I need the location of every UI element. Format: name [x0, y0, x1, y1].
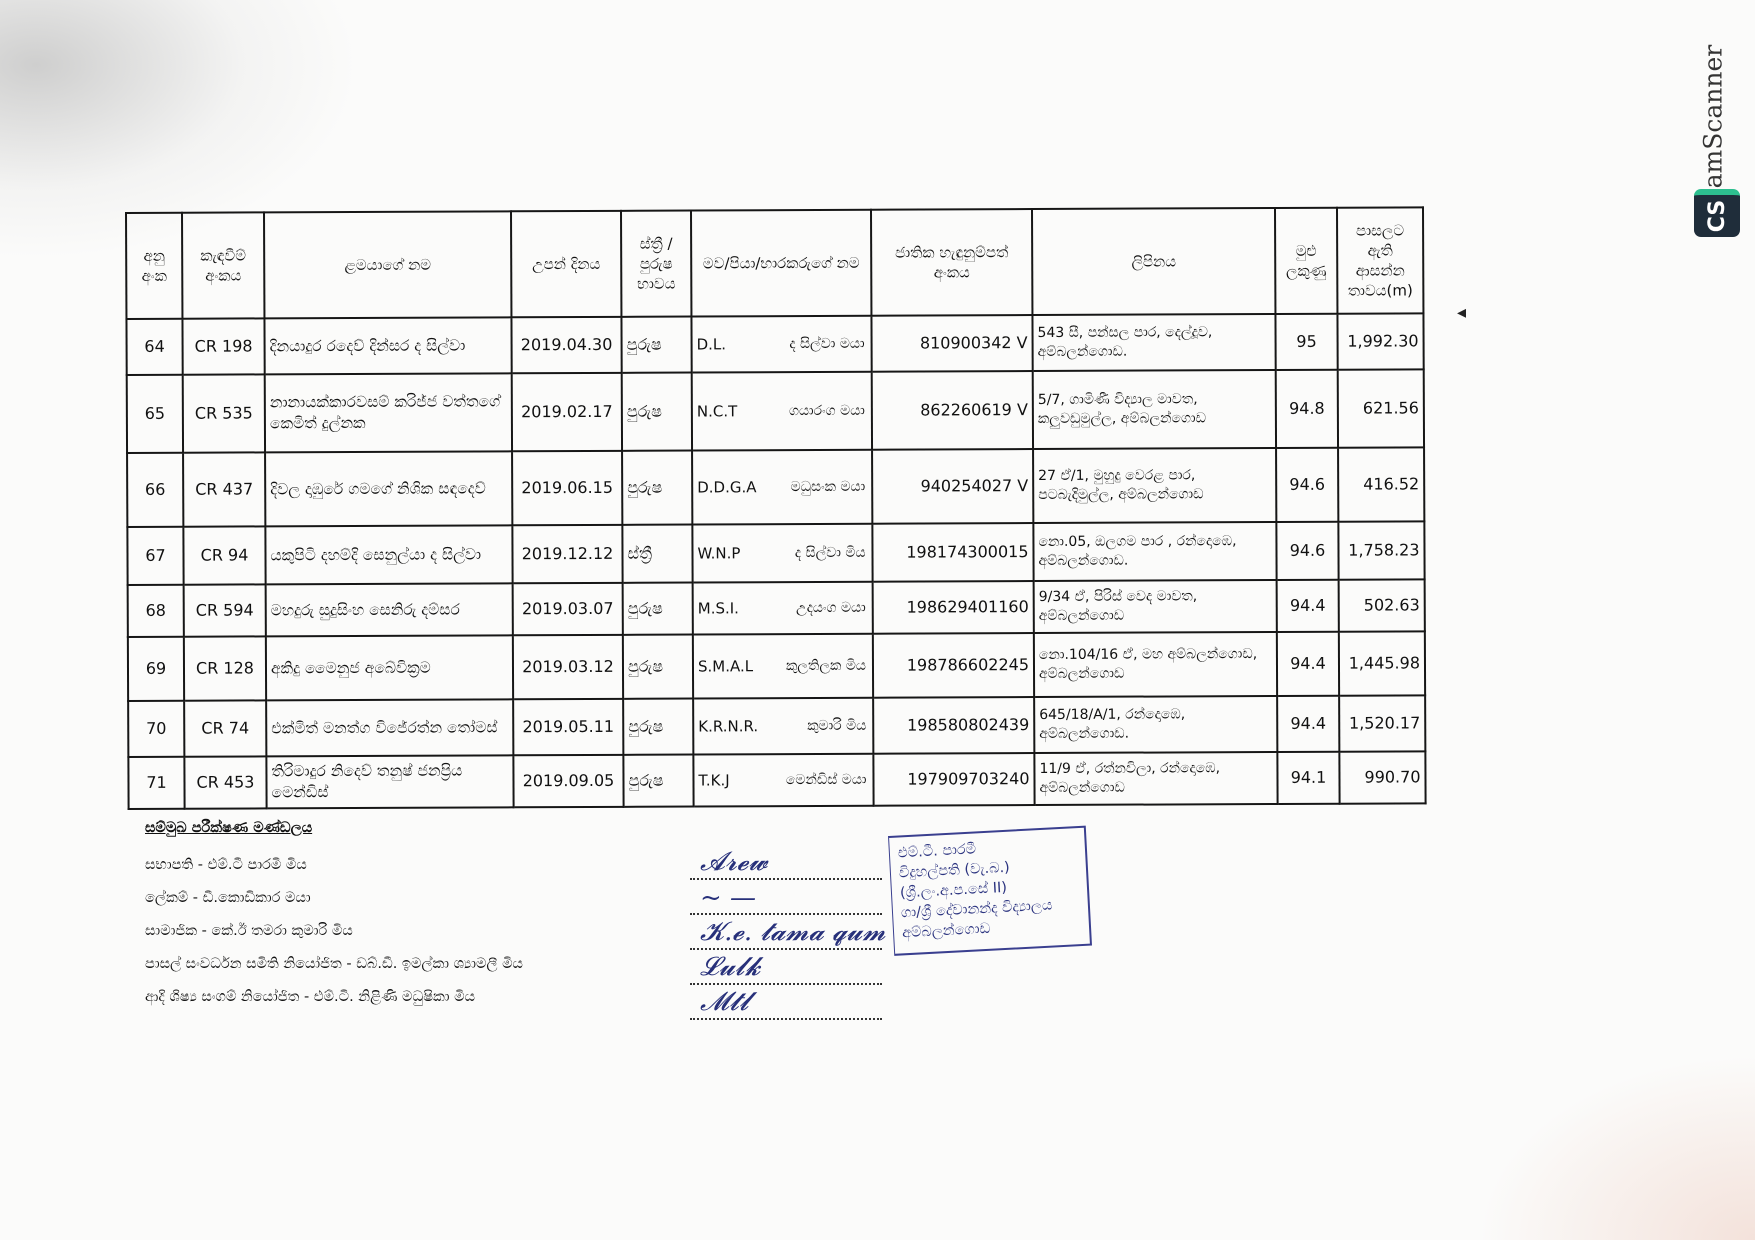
nic-cell: 198580802439: [873, 697, 1034, 754]
parent-cell: T.K.Jමෙන්ඩිස් මයා: [693, 754, 873, 807]
reference-cell: CR 594: [184, 584, 266, 636]
parent-cell: K.R.N.R.කුමාරි මිය: [693, 698, 873, 755]
table-row: 69CR 128අකිදු මෛනුජ අබේවික්‍රම2019.03.12…: [128, 631, 1425, 701]
marks-cell: 94.8: [1276, 370, 1338, 448]
signature-lines: 𝓐𝓻𝓮𝔀 ~ — 𝓚.𝓮. 𝓽𝓪𝓶𝓪 𝓺𝓾𝓶 𝓛𝓾𝓵𝓴 𝓜𝓽𝓵: [690, 845, 882, 1020]
serial-cell: 68: [128, 585, 184, 637]
serial-cell: 66: [127, 453, 183, 527]
col-header-serial: අනු අංක: [126, 213, 182, 319]
parent-surname: ද සිල්වා මයා: [761, 334, 867, 353]
reference-cell: CR 437: [183, 452, 265, 526]
parent-surname: උදයංග මයා: [762, 598, 868, 617]
child-name-cell: දිවල දාඹුරේ ගමගේ නිශික සඳදෙව්: [265, 451, 512, 526]
marks-cell: 94.1: [1277, 752, 1339, 804]
distance-cell: 502.63: [1339, 579, 1425, 631]
signature-line: 𝓐𝓻𝓮𝔀: [690, 845, 882, 880]
col-header-gender: ස්ත්‍රී / පුරුෂ භාවය: [621, 211, 691, 317]
marks-cell: 94.4: [1277, 696, 1339, 752]
address-cell: නො.104/16 ඒ, මහ අම්බලන්ගොඩ, අම්බලන්ගොඩ: [1034, 632, 1277, 697]
board-member: සාමාජික - කේ.ඊ තමරා කුමාරි මිය: [145, 915, 523, 948]
address-cell: 27 ඒ/1, මුහුදු වෙරළ පාර, පටබැදිමුල්ල, අම…: [1033, 448, 1276, 523]
parent-cell: D.L.ද සිල්වා මයා: [691, 316, 871, 373]
watermark-text: CamScanner: [1699, 58, 1728, 208]
serial-cell: 67: [127, 527, 183, 585]
address-cell: 645/18/A/1, රන්දොඹෙ, අම්බලන්ගොඩ.: [1034, 696, 1277, 753]
distance-cell: 621.56: [1338, 369, 1424, 447]
parent-initials: N.C.T: [697, 401, 761, 422]
child-name-cell: එක්මිත් මනත්ග විජේරත්න තෝමස්: [266, 699, 513, 756]
board-member: ආදි ශිෂ්‍ය සංගම් නියෝජිත - එම්.ටී. නිළිණ…: [145, 981, 523, 1014]
serial-cell: 69: [128, 637, 184, 701]
table-row: 70CR 74එක්මිත් මනත්ග විජේරත්න තෝමස්2019.…: [128, 695, 1425, 757]
parent-initials: M.S.I.: [698, 598, 762, 619]
nic-cell: 862260619 V: [872, 371, 1033, 450]
board-member: සභාපති - එම්.ටී පාරමී මිය: [145, 849, 523, 882]
address-cell: 5/7, ගාමිණී විද්‍යාල මාවත, කලුවඩුමුල්ල, …: [1033, 370, 1276, 449]
dob-cell: 2019.03.12: [513, 635, 623, 699]
parent-initials: S.M.A.L: [698, 656, 762, 677]
col-header-address: ලිපිනය: [1032, 208, 1275, 315]
parent-initials: D.L.: [697, 334, 761, 355]
nic-cell: 940254027 V: [872, 449, 1033, 524]
distance-cell: 1,992.30: [1337, 313, 1423, 369]
signature-line: 𝓛𝓾𝓵𝓴: [690, 950, 882, 985]
gender-cell: ස්ත්‍රී: [622, 525, 692, 583]
principal-stamp: එම්.ටී. පාරමී විදුහල්පති (වැ.බ.) (ශ්‍රී.…: [888, 826, 1092, 956]
child-name-cell: නානායක්කාරවසම් කරිජ්ජ වත්තගේ කෙමිත් දුල්…: [265, 373, 512, 452]
parent-surname: කුමාරි මිය: [762, 716, 868, 735]
signature-line: 𝓚.𝓮. 𝓽𝓪𝓶𝓪 𝓺𝓾𝓶: [690, 915, 882, 950]
table-row: 65CR 535නානායක්කාරවසම් කරිජ්ජ වත්තගේ කෙම…: [127, 369, 1424, 453]
distance-cell: 416.52: [1338, 447, 1424, 521]
gender-cell: පුරුෂ: [622, 451, 692, 525]
marks-cell: 95: [1275, 314, 1337, 370]
parent-cell: N.C.Tගයාරංග මයා: [692, 372, 872, 451]
distance-cell: 1,520.17: [1339, 695, 1425, 751]
nic-cell: 198786602245: [873, 633, 1034, 698]
interview-board: සම්මුඛ පරීක්ෂණ මණ්ඩලය සභාපති - එම්.ටී පා…: [145, 820, 523, 1014]
marks-cell: 94.6: [1276, 522, 1338, 580]
table-header-row: අනු අංක කැඳවීම් අංකය ළමයාගේ නම උපන් දිනය…: [126, 207, 1423, 319]
parent-surname: මධුසංක මයා: [761, 477, 867, 496]
child-name-cell: දිනයාදුර රදෙව් දින්සර ද සිල්වා: [264, 317, 511, 374]
dob-cell: 2019.02.17: [512, 373, 622, 451]
signature-line: ~ —: [690, 880, 882, 915]
dob-cell: 2019.12.12: [512, 525, 622, 583]
parent-cell: W.N.Pද සිල්වා මිය: [692, 524, 872, 583]
marks-cell: 94.6: [1276, 448, 1338, 522]
dob-cell: 2019.09.05: [513, 755, 623, 807]
gender-cell: පුරුෂ: [623, 699, 693, 755]
parent-cell: M.S.I.උදයංග මයා: [693, 582, 873, 635]
col-header-distance: පාසලට ඇති ආසන්න තාවය(m): [1337, 207, 1423, 313]
marks-cell: 94.4: [1277, 580, 1339, 632]
table-row: 66CR 437දිවල දාඹුරේ ගමගේ නිශික සඳදෙව්201…: [127, 447, 1424, 527]
parent-surname: ද සිල්වා මිය: [761, 543, 867, 562]
board-title: සම්මුඛ පරීක්ෂණ මණ්ඩලය: [145, 820, 523, 836]
handwritten-signature: ~ —: [700, 883, 756, 913]
board-member: ලේකම් - ඩී.කොඩිකාර මයා: [145, 882, 523, 915]
col-header-parent-name: මව/පියා/භාරකරුගේ නම: [691, 210, 871, 317]
handwritten-signature: 𝓚.𝓮. 𝓽𝓪𝓶𝓪 𝓺𝓾𝓶: [700, 917, 886, 948]
child-name-cell: අකිදු මෛනුජ අබේවික්‍රම: [266, 635, 513, 700]
distance-cell: 990.70: [1339, 751, 1425, 803]
table-row: 67CR 94යකුපිටි දහම්දි සෙනුල්යා ද සිල්වා2…: [127, 521, 1424, 585]
col-header-child-name: ළමයාගේ නම: [264, 211, 511, 318]
parent-surname: ගයාරංග මයා: [761, 401, 867, 420]
reference-cell: CR 453: [184, 756, 266, 808]
distance-cell: 1,758.23: [1338, 521, 1424, 579]
col-header-dob: උපන් දිනය: [511, 211, 621, 317]
address-cell: 9/34 ඒ, පිරිස් වෙද මාවත, අම්බලන්ගොඩ: [1034, 580, 1277, 633]
serial-cell: 70: [128, 701, 184, 757]
reference-cell: CR 128: [184, 636, 266, 700]
parent-surname: කුලතිලක මිය: [762, 656, 868, 675]
distance-cell: 1,445.98: [1339, 631, 1425, 695]
address-cell: නො.05, ඔලගම පාර , රන්දොඹෙ, අම්බලන්ගොඩ.: [1033, 522, 1276, 581]
serial-cell: 71: [128, 757, 184, 809]
parent-cell: D.D.G.Aමධුසංක මයා: [692, 450, 872, 525]
nic-cell: 197909703240: [873, 753, 1034, 806]
table-row: 68CR 594මහදුරු සුදුසිංහ සෙනිරු දම්සර2019…: [128, 579, 1425, 637]
gender-cell: පුරුෂ: [623, 635, 693, 699]
arrow-mark-icon: ◂: [1457, 302, 1466, 323]
signature-line: 𝓜𝓽𝓵: [690, 985, 882, 1020]
camscanner-watermark: CamScanner CS: [1690, 40, 1740, 240]
serial-cell: 64: [126, 319, 182, 375]
table-row: 71CR 453තිරිමාදුර නිදෙව් තනුෂ් ජනප්‍රිය …: [128, 751, 1425, 809]
admission-register-table: අනු අංක කැඳවීම් අංකය ළමයාගේ නම උපන් දිනය…: [125, 206, 1427, 810]
parent-initials: K.R.N.R.: [698, 716, 762, 737]
gender-cell: පුරුෂ: [622, 373, 692, 451]
serial-cell: 65: [127, 375, 183, 453]
handwritten-signature: 𝓜𝓽𝓵: [700, 987, 749, 1018]
gender-cell: පුරුෂ: [623, 755, 693, 807]
parent-surname: මෙන්ඩිස් මයා: [762, 770, 868, 789]
nic-cell: 198629401160: [873, 581, 1034, 634]
handwritten-signature: 𝓛𝓾𝓵𝓴: [700, 952, 760, 983]
dob-cell: 2019.06.15: [512, 451, 622, 525]
parent-initials: T.K.J: [698, 770, 762, 791]
table-row: 64CR 198දිනයාදුර රදෙව් දින්සර ද සිල්වා20…: [126, 313, 1423, 375]
child-name-cell: යකුපිටි දහම්දි සෙනුල්යා ද සිල්වා: [265, 525, 512, 584]
reference-cell: CR 74: [184, 700, 266, 756]
dob-cell: 2019.03.07: [513, 583, 623, 635]
address-cell: 543 සී, පන්සල පාර, දෙල්දූව, අම්බලන්ගොඩ.: [1032, 314, 1275, 371]
col-header-reference: කැඳවීම් අංකය: [182, 212, 264, 318]
col-header-marks: මුළු ලකුණු: [1275, 208, 1337, 314]
dob-cell: 2019.04.30: [511, 317, 621, 373]
nic-cell: 810900342 V: [871, 315, 1032, 372]
parent-initials: D.D.G.A: [697, 477, 761, 498]
parent-cell: S.M.A.Lකුලතිලක මිය: [693, 634, 873, 699]
gender-cell: පුරුෂ: [623, 583, 693, 635]
address-cell: 11/9 ඒ, රත්නවිලා, රන්දොඹෙ, අම්බලන්ගොඩ: [1034, 752, 1277, 805]
col-header-nic: ජාතික හැඳුනුම්පත් අංකය: [871, 209, 1032, 316]
camscanner-logo-icon: CS: [1694, 189, 1740, 237]
child-name-cell: තිරිමාදුර නිදෙව් තනුෂ් ජනප්‍රිය මෙන්ඩිස්: [266, 755, 513, 808]
board-member: පාසල් සංවර්ධන සමිති නියෝජිත - ඩබ්.ඩී. ඉම…: [145, 948, 523, 981]
scan-shadow: [1455, 1040, 1755, 1240]
child-name-cell: මහදුරු සුදුසිංහ සෙනිරු දම්සර: [266, 583, 513, 636]
gender-cell: පුරුෂ: [621, 317, 691, 373]
reference-cell: CR 94: [183, 526, 265, 584]
handwritten-signature: 𝓐𝓻𝓮𝔀: [700, 847, 768, 878]
reference-cell: CR 198: [182, 318, 264, 374]
dob-cell: 2019.05.11: [513, 699, 623, 755]
reference-cell: CR 535: [183, 374, 265, 452]
nic-cell: 198174300015: [872, 523, 1033, 582]
marks-cell: 94.4: [1277, 632, 1339, 696]
parent-initials: W.N.P: [697, 543, 761, 564]
